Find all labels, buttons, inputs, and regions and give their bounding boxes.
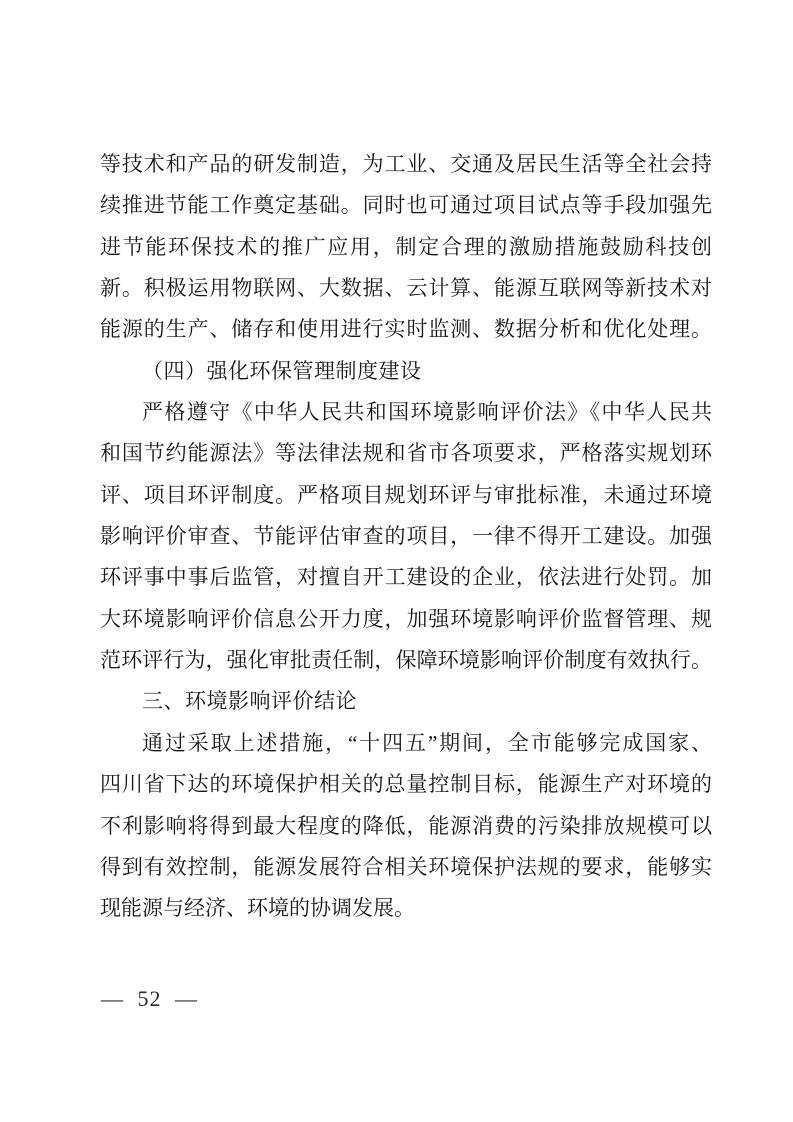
section-heading-three: 三、环境影响评价结论 [100, 681, 712, 722]
text-line: 现能源与经济、环境的协调发展。 [100, 888, 712, 929]
text-line: 新。积极运用物联网、大数据、云计算、能源互联网等新技术对 [100, 268, 712, 309]
text-line: 严格遵守《中华人民共和国环境影响评价法》《中华人民共 [100, 392, 712, 433]
document-body: 等技术和产品的研发制造，为工业、交通及居民生活等全社会持 续推进节能工作奠定基础… [100, 144, 712, 930]
text-line: 进节能环保技术的推广应用，制定合理的激励措施鼓励科技创 [100, 227, 712, 268]
text-line: 大环境影响评价信息公开力度，加强环境影响评价监督管理、规 [100, 599, 712, 640]
text-line: 不利影响将得到最大程度的降低，能源消费的污染排放规模可以 [100, 806, 712, 847]
page-number: — 52 — [101, 986, 198, 1012]
text-line: 和国节约能源法》等法律法规和省市各项要求，严格落实规划环 [100, 433, 712, 474]
text-line: 影响评价审查、节能评估审查的项目，一律不得开工建设。加强 [100, 516, 712, 557]
document-page: 等技术和产品的研发制造，为工业、交通及居民生活等全社会持 续推进节能工作奠定基础… [0, 0, 793, 1122]
text-line: 等技术和产品的研发制造，为工业、交通及居民生活等全社会持 [100, 144, 712, 185]
text-line: 续推进节能工作奠定基础。同时也可通过项目试点等手段加强先 [100, 185, 712, 226]
text-line: 得到有效控制，能源发展符合相关环境保护法规的要求，能够实 [100, 847, 712, 888]
section-heading-four: （四）强化环保管理制度建设 [100, 351, 712, 392]
text-line: 评、项目环评制度。严格项目规划环评与审批标准，未通过环境 [100, 475, 712, 516]
text-line: 环评事中事后监管，对擅自开工建设的企业，依法进行处罚。加 [100, 557, 712, 598]
text-line: 范环评行为，强化审批责任制，保障环境影响评价制度有效执行。 [100, 640, 712, 681]
text-line: 通过采取上述措施，“十四五”期间，全市能够完成国家、 [100, 723, 712, 764]
text-line: 能源的生产、储存和使用进行实时监测、数据分析和优化处理。 [100, 309, 712, 350]
text-line: 四川省下达的环境保护相关的总量控制目标，能源生产对环境的 [100, 764, 712, 805]
